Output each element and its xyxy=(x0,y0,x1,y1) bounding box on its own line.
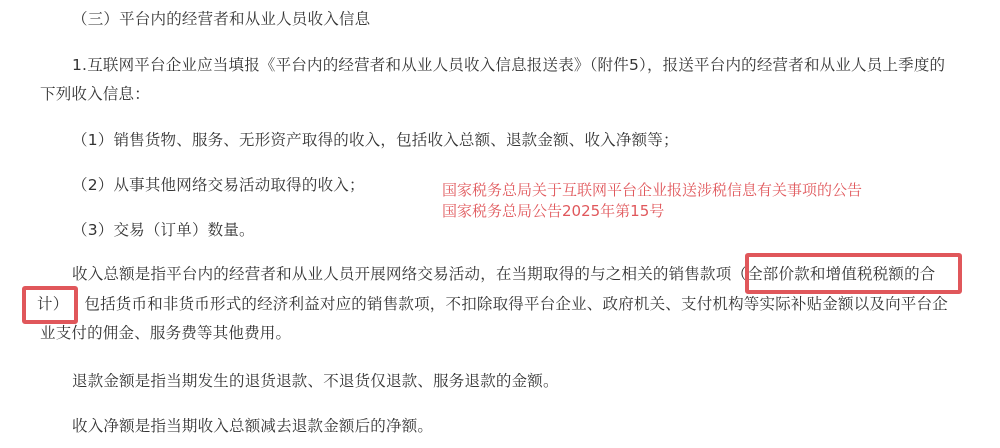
annotation-subtitle: 国家税务总局公告2025年第15号 xyxy=(442,201,862,222)
net-income-paragraph: 收入净额是指当期收入总额减去退款金额后的净额。 xyxy=(72,416,433,436)
total-income-line3: 业支付的佣金、服务费等其他费用。 xyxy=(40,323,291,343)
sub-item-1: （1）销售货物、服务、无形资产取得的收入，包括收入总额、退款金额、收入净额等； xyxy=(72,130,679,150)
source-annotation: 国家税务总局关于互联网平台企业报送涉税信息有关事项的公告 国家税务总局公告202… xyxy=(442,180,862,222)
total-income-line2-rest: 包括货币和非货币形式的经济利益对应的销售款项，不扣除取得平台企业、政府机关、支付… xyxy=(84,295,948,313)
document-page: （三）平台内的经营者和从业人员收入信息 1.互联网平台企业应当填报《平台内的经营… xyxy=(0,0,1000,448)
annotation-title: 国家税务总局关于互联网平台企业报送涉税信息有关事项的公告 xyxy=(442,180,862,201)
item1-line2: 下列收入信息： xyxy=(40,84,150,104)
sub-item-3: （3）交易（订单）数量。 xyxy=(72,220,255,240)
highlight-box-line2 xyxy=(22,286,78,324)
refund-paragraph: 退款金额是指当期发生的退货退款、不退货仅退款、服务退款的金额。 xyxy=(72,371,559,391)
item1-line1: 1.互联网平台企业应当填报《平台内的经营者和从业人员收入信息报送表》（附件5），… xyxy=(72,55,945,75)
total-income-line2: 计）包括货币和非货币形式的经济利益对应的销售款项，不扣除取得平台企业、政府机关、… xyxy=(37,294,948,314)
highlight-box-line1 xyxy=(745,253,962,294)
total-income-line1-prefix: 收入总额是指平台内的经营者和从业人员开展网络交易活动，在当期取得的与之相关的销售… xyxy=(72,265,731,283)
section-heading: （三）平台内的经营者和从业人员收入信息 xyxy=(72,9,370,29)
sub-item-2: （2）从事其他网络交易活动取得的收入； xyxy=(72,175,365,195)
